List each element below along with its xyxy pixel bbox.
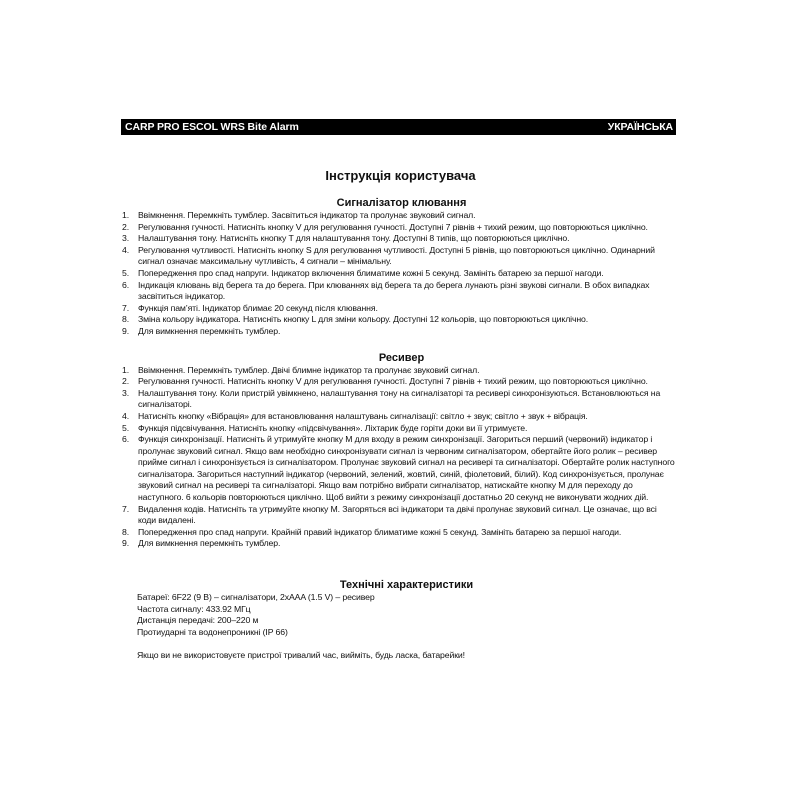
specs-section-title: Технічні характеристики (121, 579, 676, 592)
list-item-number: 9. (122, 326, 129, 338)
list-item-text: Регулювання гучності. Натисніть кнопку V… (138, 222, 648, 232)
list-item: 1.Ввімкнення. Перемкніть тумблер. Засвіт… (121, 210, 676, 222)
list-item-text: Налаштування тону. Натисніть кнопку T дл… (138, 233, 569, 243)
product-name: CARP PRO ESCOL WRS Bite Alarm (125, 121, 299, 133)
list-item: 6.Функція синхронізації. Натисніть й утр… (121, 434, 676, 504)
list-item-text: Для вимкнення перемкніть тумблер. (138, 326, 280, 336)
battery-note: Якщо ви не використовуєте пристрої трива… (121, 650, 676, 662)
list-item-number: 1. (122, 210, 129, 222)
list-item: 7.Видалення кодів. Натисніть та утримуйт… (121, 504, 676, 527)
list-item: 7.Функція пам’яті. Індикатор блимає 20 с… (121, 303, 676, 315)
list-item-text: Ввімкнення. Перемкніть тумблер. Двічі бл… (138, 365, 479, 375)
list-item-text: Функція підсвічування. Натисніть кнопку … (138, 423, 527, 433)
spec-line: Дистанція передачі: 200–220 м (137, 615, 676, 627)
list-item-text: Регулювання чутливості. Натисніть кнопку… (138, 245, 655, 267)
list-item-number: 1. (122, 365, 129, 377)
receiver-list: 1.Ввімкнення. Перемкніть тумблер. Двічі … (121, 365, 676, 551)
list-item-text: Попередження про спад напруги. Крайній п… (138, 527, 621, 537)
list-item-text: Зміна кольору індикатора. Натисніть кноп… (138, 314, 588, 324)
list-item: 9.Для вимкнення перемкніть тумблер. (121, 538, 676, 550)
header-bar: CARP PRO ESCOL WRS Bite Alarm УКРАЇНСЬКА (121, 119, 676, 135)
spec-line: Частота сигналу: 433.92 МГц (137, 604, 676, 616)
spec-line: Батареї: 6F22 (9 В) – сигналізатори, 2хA… (137, 592, 676, 604)
document-page: CARP PRO ESCOL WRS Bite Alarm УКРАЇНСЬКА… (121, 119, 676, 662)
list-item-text: Функція синхронізації. Натисніть й утрим… (138, 434, 675, 502)
spec-line: Протиударні та водонепроникні (IP 66) (137, 627, 676, 639)
list-item-text: Індикація клювань від берега та до берег… (138, 280, 649, 302)
list-item-text: Регулювання гучності. Натисніть кнопку V… (138, 376, 648, 386)
list-item-number: 2. (122, 376, 129, 388)
list-item-text: Ввімкнення. Перемкніть тумблер. Засвітит… (138, 210, 475, 220)
list-item: 4.Регулювання чутливості. Натисніть кноп… (121, 245, 676, 268)
list-item: 8.Зміна кольору індикатора. Натисніть кн… (121, 314, 676, 326)
list-item: 2.Регулювання гучності. Натисніть кнопку… (121, 376, 676, 388)
list-item-number: 5. (122, 423, 129, 435)
list-item-text: Попередження про спад напруги. Індикатор… (138, 268, 604, 278)
list-item: 8.Попередження про спад напруги. Крайній… (121, 527, 676, 539)
list-item: 5.Попередження про спад напруги. Індикат… (121, 268, 676, 280)
list-item-number: 9. (122, 538, 129, 550)
list-item-number: 6. (122, 434, 129, 446)
list-item-number: 6. (122, 280, 129, 292)
list-item-number: 4. (122, 411, 129, 423)
language-label: УКРАЇНСЬКА (608, 121, 673, 133)
receiver-section-title: Ресивер (121, 352, 676, 365)
bite-alarm-section-title: Сигналізатор клювання (121, 197, 676, 210)
list-item-text: Для вимкнення перемкніть тумблер. (138, 538, 280, 548)
list-item: 6.Індикація клювань від берега та до бер… (121, 280, 676, 303)
list-item-text: Функція пам’яті. Індикатор блимає 20 сек… (138, 303, 378, 313)
list-item: 3.Налаштування тону. Натисніть кнопку T … (121, 233, 676, 245)
list-item-number: 7. (122, 504, 129, 516)
list-item-text: Налаштування тону. Коли пристрій увімкне… (138, 388, 660, 410)
list-item-number: 2. (122, 222, 129, 234)
list-item-text: Натисніть кнопку «Вібрація» для встановл… (138, 411, 588, 421)
list-item-number: 8. (122, 314, 129, 326)
list-item-number: 4. (122, 245, 129, 257)
list-item-number: 3. (122, 233, 129, 245)
specs-list: Батареї: 6F22 (9 В) – сигналізатори, 2хA… (121, 592, 676, 638)
list-item: 5.Функція підсвічування. Натисніть кнопк… (121, 423, 676, 435)
document-title: Інструкція користувача (121, 168, 676, 184)
list-item: 9.Для вимкнення перемкніть тумблер. (121, 326, 676, 338)
list-item: 3.Налаштування тону. Коли пристрій увімк… (121, 388, 676, 411)
list-item-text: Видалення кодів. Натисніть та утримуйте … (138, 504, 657, 526)
list-item-number: 3. (122, 388, 129, 400)
list-item-number: 5. (122, 268, 129, 280)
bite-alarm-list: 1.Ввімкнення. Перемкніть тумблер. Засвіт… (121, 210, 676, 338)
list-item: 1.Ввімкнення. Перемкніть тумблер. Двічі … (121, 365, 676, 377)
list-item-number: 8. (122, 527, 129, 539)
list-item: 4.Натисніть кнопку «Вібрація» для встано… (121, 411, 676, 423)
list-item-number: 7. (122, 303, 129, 315)
list-item: 2.Регулювання гучності. Натисніть кнопку… (121, 222, 676, 234)
